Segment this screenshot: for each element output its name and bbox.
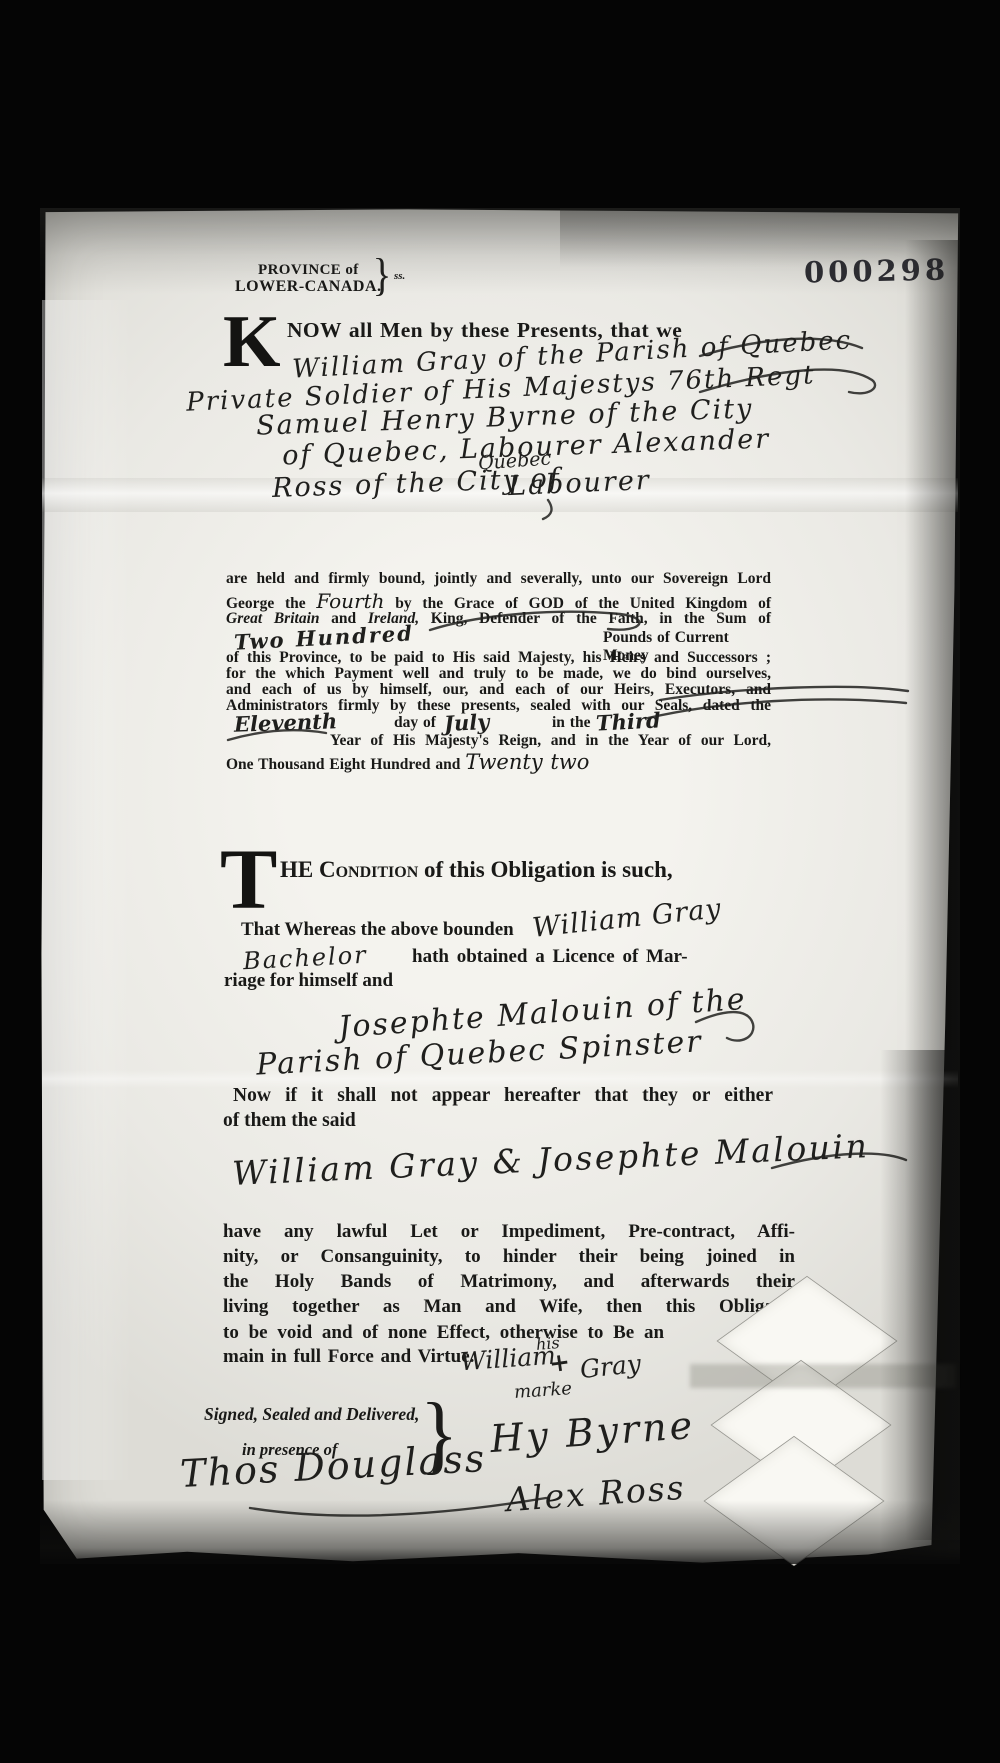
bond-line5: of this Province, to be paid to His said… <box>226 650 771 666</box>
bond-line1: are held and firmly bound, jointly and s… <box>226 571 771 587</box>
ss-abbreviation: ss. <box>394 270 405 282</box>
bond-line6: for the which Payment well and truly to … <box>226 666 771 682</box>
clause-line5: to be void and of none Effect, otherwise… <box>223 1322 795 1344</box>
clause-line2: nity, or Consanguinity, to hinder their … <box>223 1247 795 1267</box>
signed-sealed-line: Signed, Sealed and Delivered, <box>204 1404 419 1425</box>
province-header-line1: PROVINCE of <box>258 262 359 279</box>
province-header-line2: LOWER-CANADA. <box>235 278 382 296</box>
handwritten-bondsman-line5-end: Labourer <box>507 465 651 502</box>
scanned-document-page: PROVINCE of LOWER-CANADA. } ss. 000298 K… <box>0 0 1000 1763</box>
header-brace: } <box>373 248 392 301</box>
bond-line9-inthe: in the <box>552 714 590 732</box>
clause-line1: have any lawful Let or Impediment, Pre-c… <box>223 1222 795 1242</box>
bond-line11: One Thousand Eight Hundred and Twenty tw… <box>226 750 771 774</box>
now-if-line1: Now if it shall not appear hereafter tha… <box>233 1086 773 1106</box>
condition-heading-he: HE <box>280 857 319 882</box>
bond-line11-pre: One Thousand Eight Hundred and <box>226 756 465 773</box>
handwritten-eleventh: Eleventh <box>234 708 338 737</box>
condition-heading-rest: of this Obligation is such, <box>418 857 672 882</box>
bond-line10: Year of His Majesty's Reign, and in the … <box>330 733 771 749</box>
dropcap-t: T <box>220 846 277 913</box>
riage-line: riage for himself and <box>224 970 393 992</box>
condition-heading: HE Condition of this Obligation is such, <box>280 857 673 883</box>
bond-line3-post: King, Defender of the Faith, in the Sum … <box>419 610 771 627</box>
whereas-line: That Whereas the above bounden <box>241 919 514 941</box>
handwritten-twenty-two: Twenty two <box>465 750 589 774</box>
clause-line3: the Holy Bands of Matrimony, and afterwa… <box>223 1272 795 1292</box>
clause-line4: living together as Man and Wife, then th… <box>223 1297 795 1317</box>
now-if-line2: of them the said <box>223 1110 356 1132</box>
licence-line: hath obtained a Licence of Mar- <box>412 946 688 968</box>
bond-line3-italic1: Great Britain <box>226 610 320 627</box>
stamped-serial-number: 000298 <box>804 252 950 289</box>
bond-line7: and each of us by himself, our, and each… <box>226 682 771 698</box>
dropcap-k: K <box>223 314 281 372</box>
mark-marke-word: marke <box>513 1378 572 1403</box>
condition-heading-smallcaps: Condition <box>319 857 418 882</box>
bond-line9-dayof: day of <box>394 714 436 732</box>
mark-cross: + <box>547 1347 572 1379</box>
